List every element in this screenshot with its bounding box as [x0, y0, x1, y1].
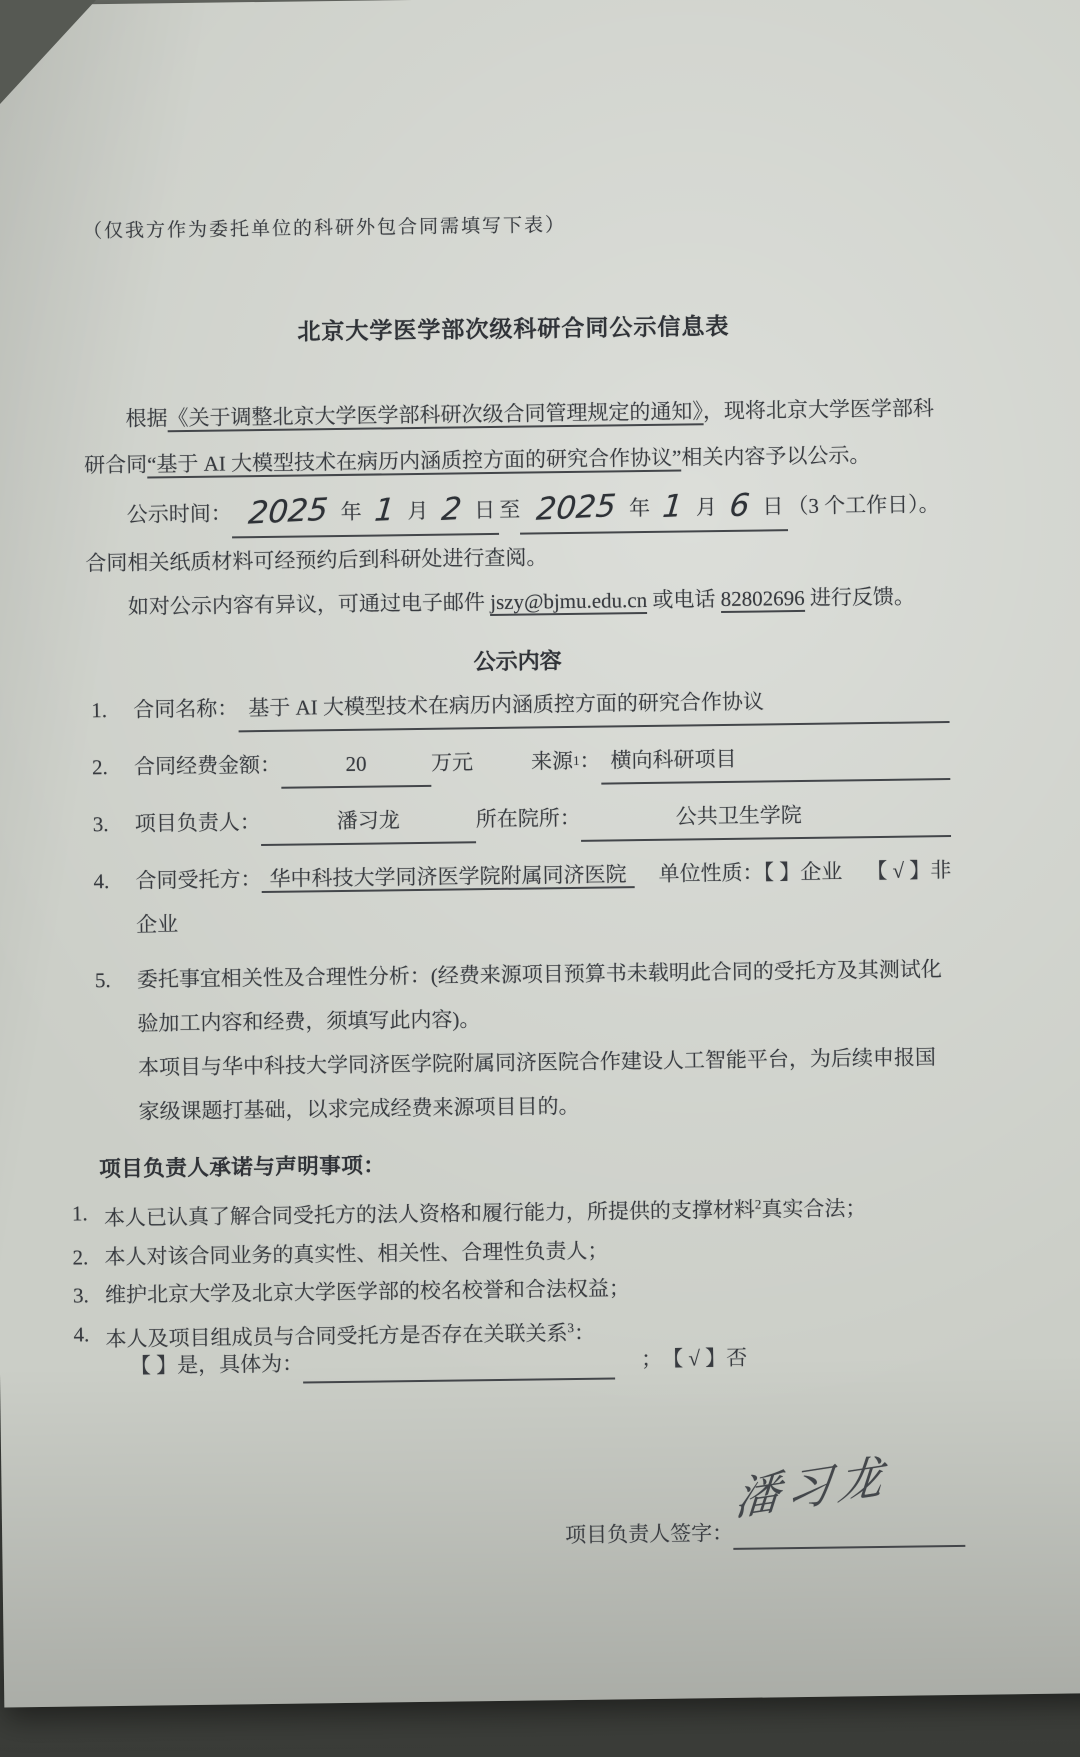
contract-amount-row: 2. 合同经费金额： 20 万元 来源 1 ： 横向科研项目 — [92, 734, 951, 791]
contract-name-row: 1. 合同名称： 基于 AI 大模型技术在病历内涵质控方面的研究合作协议 — [91, 677, 950, 734]
handwritten-day-end: 6 — [715, 490, 764, 522]
year-unit-2: 年 — [629, 496, 650, 520]
checkbox-yes-unchecked: 【 】 — [130, 1345, 178, 1386]
intro-suffix: 相关内容予以公示。 — [681, 443, 870, 469]
amount-label: 合同经费金额： — [134, 743, 282, 791]
institute-label: 所在院所： — [475, 796, 581, 843]
to-character: 至 — [499, 498, 520, 522]
amount-value: 20 — [281, 741, 432, 789]
day-unit: 日 — [474, 498, 495, 522]
pledge-text-pre: 本人已认真了解合同受托方的法人资格和履行能力，所提供的支撑材料 — [104, 1198, 755, 1231]
publicity-time-paragraph: 公示时间：2025年1月2日至2025年1月6日（3 个工作日）。合同相关纸质材… — [84, 481, 957, 586]
date-blank-end: 2025年1月6日 — [520, 483, 788, 534]
contractor-row: 4. 合同受托方：华中科技大学同济医学院附属同济医院单位性质：【 】企业【 √ … — [93, 848, 952, 947]
handwritten-signature: 潘习龙 — [734, 1459, 891, 1518]
source-colon: ： — [579, 739, 601, 785]
document-content: （仅我方作为委托单位的科研外包合同需填写下表） 北京大学医学部次级科研合同公示信… — [0, 0, 1080, 1707]
top-note: （仅我方作为委托单位的科研外包合同需填写下表） — [83, 210, 566, 243]
pledge-number: 3. — [73, 1276, 106, 1315]
feedback-email: jszy@bjmu.edu.cn — [490, 588, 647, 616]
handwritten-day-start: 2 — [427, 493, 476, 525]
checkbox-non-enterprise-checked: 【 √ 】 — [866, 858, 930, 883]
analysis-body: 委托事宜相关性及合理性分析：(经费来源项目预算书未载明此合同的受托方及其测试化验… — [137, 947, 955, 1134]
signature-line: 潘习龙 — [733, 1513, 965, 1550]
leader-label: 项目负责人： — [135, 800, 262, 848]
analysis-label: 委托事宜相关性及合理性分析：(经费来源项目预算书未载明此合同的受托方及其测试化验… — [137, 947, 954, 1046]
yes-details-blank — [303, 1339, 615, 1383]
intro-paragraph: 根据《关于调整北京大学医学部科研次级合同管理规定的通知》，现将北京大学医学部科研… — [83, 385, 946, 488]
handwritten-month-start: 1 — [360, 494, 409, 526]
month-unit-2: 月 — [696, 495, 717, 519]
pledge-number: 2. — [72, 1238, 105, 1277]
year-unit: 年 — [340, 500, 361, 524]
pledge-text-post: 真实合法； — [761, 1196, 866, 1221]
feedback-prefix: 如对公示内容有异议，可通过电子邮件 — [128, 590, 491, 619]
paper-sheet: （仅我方作为委托单位的科研外包合同需填写下表） 北京大学医学部次级科研合同公示信… — [0, 0, 1080, 1707]
separator: ； — [641, 1339, 663, 1379]
entity-type-label: 单位性质： — [658, 860, 763, 885]
month-unit: 月 — [407, 499, 428, 523]
item-number: 1. — [91, 688, 134, 735]
analysis-row: 5. 委托事宜相关性及合理性分析：(经费来源项目预算书未载明此合同的受托方及其测… — [95, 947, 955, 1134]
source-label: 来源 — [531, 739, 574, 786]
signature-row: 项目负责人签字： 潘习龙 — [565, 1513, 965, 1552]
pledge-text: 本人对该合同业务的真实性、相关性、合理性负责人； — [104, 1231, 608, 1276]
contractor-label: 合同受托方： — [135, 867, 261, 893]
photo-of-document: （仅我方作为委托单位的科研外包合同需填写下表） 北京大学医学部次级科研合同公示信… — [0, 0, 1080, 1757]
pledge-list: 1. 本人已认真了解合同受托方的法人资格和履行能力，所提供的支撑材料2真实合法；… — [72, 1182, 1038, 1359]
pledge-number: 4. — [73, 1315, 106, 1359]
checkbox-no-checked: 【 √ 】 — [662, 1338, 727, 1379]
feedback-phone: 82802696 — [720, 586, 804, 613]
intro-underlined-contract-title: “基于 AI 大模型技术在病历内涵质控方面的研究合作协议” — [147, 446, 682, 479]
intro-prefix: 根据 — [125, 406, 167, 431]
yes-label: 是，具体为： — [177, 1344, 304, 1386]
no-label: 否 — [726, 1338, 748, 1378]
contractor-value: 华中科技大学同济医学院附属同济医院 — [261, 862, 634, 893]
item-number: 3. — [93, 802, 136, 849]
contractor-body: 合同受托方：华中科技大学同济医学院附属同济医院单位性质：【 】企业【 √ 】非企… — [135, 848, 952, 947]
pledge-number: 1. — [72, 1194, 105, 1238]
publicity-time-label: 公示时间： — [127, 501, 232, 526]
checkbox-enterprise-unchecked: 【 】 — [763, 860, 800, 884]
publicity-content-heading: 公示内容 — [87, 639, 949, 681]
document-title: 北京大学医学部次级科研合同公示信息表 — [82, 305, 944, 349]
project-leader-row: 3. 项目负责人： 潘习龙 所在院所： 公共卫生学院 — [93, 791, 952, 848]
institute-value: 公共卫生学院 — [580, 791, 951, 842]
pledge-heading: 项目负责人承诺与声明事项： — [99, 1148, 385, 1183]
publicity-items-list: 1. 合同名称： 基于 AI 大模型技术在病历内涵质控方面的研究合作协议 2. … — [91, 677, 955, 1145]
source-value: 横向科研项目 — [600, 734, 950, 785]
contract-name-label: 合同名称： — [133, 686, 239, 733]
handwritten-month-end: 1 — [649, 491, 698, 523]
item-number: 2. — [92, 745, 135, 792]
feedback-suffix: 进行反馈。 — [804, 584, 915, 609]
amount-unit: 万元 — [431, 740, 474, 787]
option-enterprise: 企业 — [800, 859, 842, 884]
leader-value: 潘习龙 — [261, 797, 477, 846]
handwritten-year-end: 2025 — [523, 490, 631, 525]
date-blank-start: 2025年1月2日 — [231, 487, 499, 538]
feedback-middle: 或电话 — [647, 587, 721, 612]
day-unit-2: 日 — [762, 494, 783, 518]
contract-name-value: 基于 AI 大模型技术在病历内涵质控方面的研究合作协议 — [238, 677, 950, 732]
item-number: 4. — [93, 859, 136, 948]
handwritten-year-start: 2025 — [234, 494, 342, 529]
intro-underlined-notice-title: 《关于调整北京大学医学部科研次级合同管理规定的通知》 — [167, 399, 703, 432]
signature-label: 项目负责人签字： — [565, 1516, 733, 1552]
item-number: 5. — [95, 958, 139, 1135]
analysis-text: 本项目与华中科技大学同济医学院附属同济医院合作建设人工智能平台，为后续申报国家级… — [138, 1035, 955, 1134]
